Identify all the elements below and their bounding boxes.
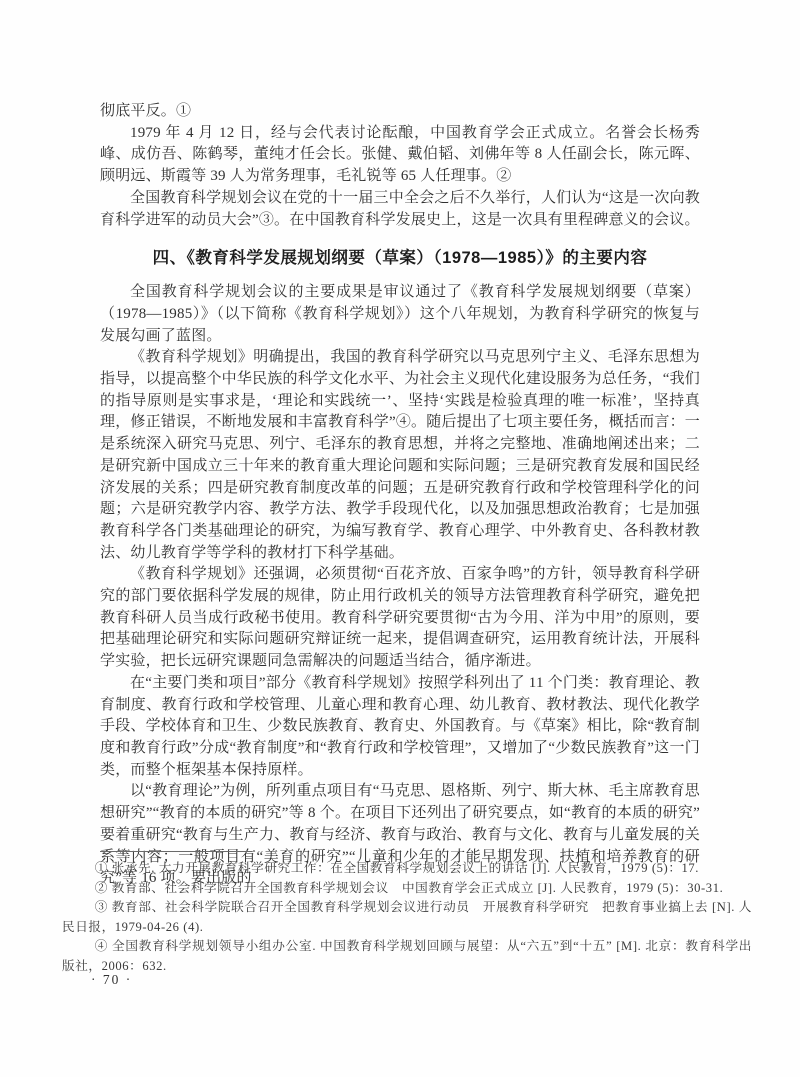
body-paragraph: 《教育科学规划》明确提出，我国的教育科学研究以马克思列宁主义、毛泽东思想为指导，…	[100, 347, 700, 564]
body-paragraph: 彻底平反。①	[100, 101, 700, 123]
page-number: · 70 ·	[91, 972, 132, 988]
section-heading: 四、《教育科学发展规划纲要（草案）（1978—1985）》的主要内容	[100, 246, 700, 270]
body-paragraph: 在“主要门类和项目”部分《教育科学规划》按照学科列出了 11 个门类：教育理论、…	[100, 673, 700, 782]
footnote: ① 张承先. 大力开展教育科学研究工作：在全国教育科学规划会议上的讲话 [J].…	[62, 859, 752, 879]
body-paragraph: 1979 年 4 月 12 日，经与会代表讨论酝酿，中国教育学会正式成立。名誉会…	[100, 123, 700, 188]
page-body-text: 彻底平反。① 1979 年 4 月 12 日，经与会代表讨论酝酿，中国教育学会正…	[100, 101, 700, 890]
footnote: ④ 全国教育科学规划领导小组办公室. 中国教育科学规划回顾与展望：从“六五”到“…	[62, 937, 752, 976]
footnote: ③ 教育部、社会科学院联合召开全国教育科学规划会议进行动员 开展教育科学研究 把…	[62, 898, 752, 937]
body-paragraph: 全国教育科学规划会议在党的十一届三中全会之后不久举行，人们认为“这是一次向教育科…	[100, 188, 700, 231]
footnote: ② 教育部、社会科学院召开全国教育科学规划会议 中国教育学会正式成立 [J]. …	[62, 879, 752, 899]
footnotes-block: ① 张承先. 大力开展教育科学研究工作：在全国教育科学规划会议上的讲话 [J].…	[62, 859, 752, 976]
scanned-book-page: 彻底平反。① 1979 年 4 月 12 日，经与会代表讨论酝酿，中国教育学会正…	[0, 0, 800, 1077]
body-paragraph: 《教育科学规划》还强调，必须贯彻“百花齐放、百家争鸣”的方针，领导教育科学研究的…	[100, 564, 700, 673]
footnote-separator-rule	[100, 851, 252, 852]
body-paragraph: 全国教育科学规划会议的主要成果是审议通过了《教育科学发展规划纲要（草案） （19…	[100, 282, 700, 347]
